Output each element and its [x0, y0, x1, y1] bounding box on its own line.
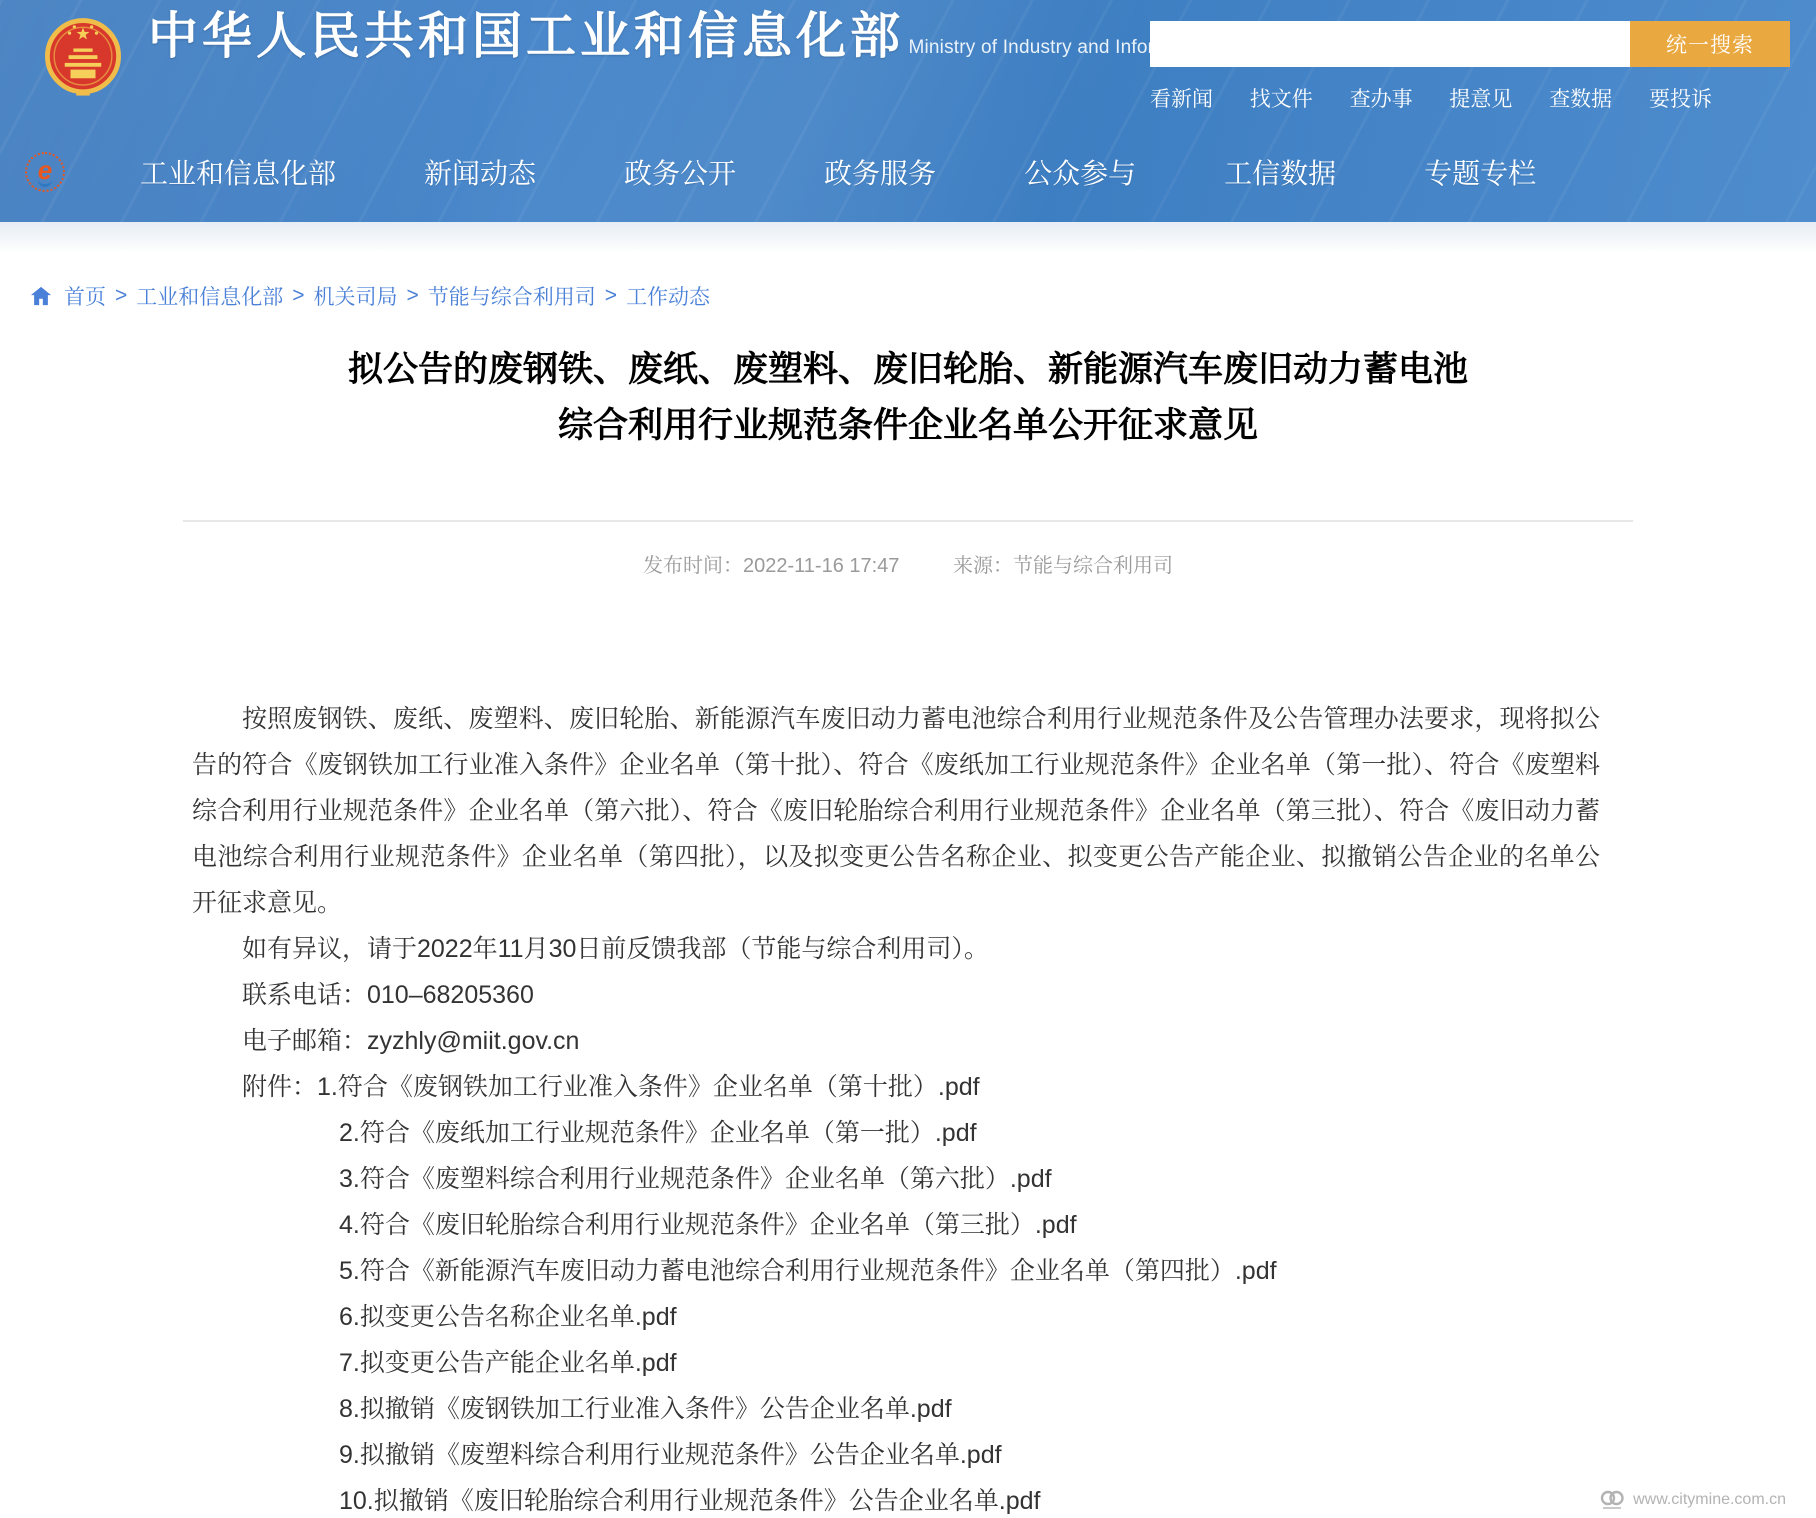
paragraph-feedback: 如有异议，请于2022年11月30日前反馈我部（节能与综合利用司）。	[192, 926, 1600, 972]
breadcrumb: 首页 > 工业和信息化部 > 机关司局 > 节能与综合利用司 > 工作动态	[0, 264, 1816, 312]
article-title: 拟公告的废钢铁、废纸、废塑料、废旧轮胎、新能源汽车废旧动力蓄电池 综合利用行业规…	[0, 342, 1816, 454]
attachment-link-5[interactable]: 5.符合《新能源汽车废旧动力蓄电池综合利用行业规范条件》企业名单（第四批）.pd…	[192, 1248, 1600, 1294]
attachment-link-1[interactable]: 1.符合《废钢铁加工行业准入条件》企业名单（第十批）.pdf	[317, 1073, 980, 1101]
article-meta: 发布时间：2022-11-16 17:47 来源：节能与综合利用司	[0, 552, 1816, 580]
quick-link-news[interactable]: 看新闻	[1150, 83, 1213, 113]
breadcrumb-separator: >	[115, 284, 127, 308]
national-emblem-icon	[44, 10, 122, 110]
site-title: 中华人民共和国工业和信息化部	[148, 8, 904, 64]
nav-item-gov-services[interactable]: 政务服务	[824, 152, 936, 192]
citymine-logo-icon	[1599, 1490, 1625, 1510]
main-nav: e 工业和信息化部 新闻动态 政务公开 政务服务 公众参与 工信数据 专题专栏	[0, 122, 1816, 222]
article-title-line1: 拟公告的废钢铁、废纸、废塑料、废旧轮胎、新能源汽车废旧动力蓄电池	[0, 342, 1816, 398]
quick-link-services[interactable]: 查办事	[1350, 83, 1413, 113]
quick-link-data[interactable]: 查数据	[1549, 83, 1612, 113]
article: 拟公告的废钢铁、废纸、废塑料、废旧轮胎、新能源汽车废旧动力蓄电池 综合利用行业规…	[0, 342, 1816, 1518]
nav-item-miit-data[interactable]: 工信数据	[1224, 152, 1336, 192]
gov-e-glyph: e	[38, 157, 52, 187]
unified-search-button[interactable]: 统一搜索	[1630, 21, 1790, 67]
article-body: 按照废钢铁、废纸、废塑料、废旧轮胎、新能源汽车废旧动力蓄电池综合利用行业规范条件…	[192, 696, 1600, 1518]
attachment-link-2[interactable]: 2.符合《废纸加工行业规范条件》企业名单（第一批）.pdf	[192, 1110, 1600, 1156]
attachment-link-6[interactable]: 6.拟变更公告名称企业名单.pdf	[192, 1294, 1600, 1340]
attachment-link-8[interactable]: 8.拟撤销《废钢铁加工行业准入条件》公告企业名单.pdf	[192, 1386, 1600, 1432]
search-block: 统一搜索 看新闻 找文件 查办事 提意见 查数据 要投诉	[1150, 21, 1790, 113]
gov-e-icon: e	[25, 152, 65, 192]
contact-email: 电子邮箱：zyzhly@miit.gov.cn	[192, 1018, 1600, 1064]
attachment-link-10[interactable]: 10.拟撤销《废旧轮胎综合利用行业规范条件》公告企业名单.pdf	[192, 1478, 1600, 1518]
nav-item-special-topics[interactable]: 专题专栏	[1424, 152, 1536, 192]
attachment-link-4[interactable]: 4.符合《废旧轮胎综合利用行业规范条件》企业名单（第三批）.pdf	[192, 1202, 1600, 1248]
title-divider	[183, 520, 1633, 522]
quick-link-suggest[interactable]: 提意见	[1449, 83, 1512, 113]
breadcrumb-ministry[interactable]: 工业和信息化部	[136, 281, 283, 311]
site-header: 中华人民共和国工业和信息化部 Ministry of Industry and …	[0, 0, 1816, 222]
breadcrumb-work-updates[interactable]: 工作动态	[626, 281, 710, 311]
article-title-line2: 综合利用行业规范条件企业名单公开征求意见	[0, 398, 1816, 454]
nav-item-news[interactable]: 新闻动态	[424, 152, 536, 192]
contact-phone: 联系电话：010–68205360	[192, 972, 1600, 1018]
publish-time: 发布时间：2022-11-16 17:47	[643, 555, 899, 577]
home-icon[interactable]	[30, 285, 52, 307]
nav-item-gov-info[interactable]: 政务公开	[624, 152, 736, 192]
search-input[interactable]	[1150, 21, 1630, 67]
quick-link-files[interactable]: 找文件	[1250, 83, 1313, 113]
header-gradient-band	[0, 222, 1816, 264]
attachments-label: 附件：	[242, 1073, 317, 1101]
nav-item-ministry[interactable]: 工业和信息化部	[140, 152, 336, 192]
article-source: 来源：节能与综合利用司	[953, 555, 1173, 577]
watermark: www.citymine.com.cn	[1599, 1490, 1786, 1510]
watermark-text: www.citymine.com.cn	[1633, 1491, 1786, 1509]
attachment-link-7[interactable]: 7.拟变更公告产能企业名单.pdf	[192, 1340, 1600, 1386]
attachment-line-1: 附件：1.符合《废钢铁加工行业准入条件》企业名单（第十批）.pdf	[192, 1064, 1600, 1110]
paragraph-main: 按照废钢铁、废纸、废塑料、废旧轮胎、新能源汽车废旧动力蓄电池综合利用行业规范条件…	[192, 696, 1600, 926]
quick-links: 看新闻 找文件 查办事 提意见 查数据 要投诉	[1150, 83, 1790, 113]
breadcrumb-departments[interactable]: 机关司局	[314, 281, 398, 311]
breadcrumb-home[interactable]: 首页	[64, 281, 106, 311]
breadcrumb-separator: >	[605, 284, 617, 308]
breadcrumb-separator: >	[407, 284, 419, 308]
attachment-link-9[interactable]: 9.拟撤销《废塑料综合利用行业规范条件》公告企业名单.pdf	[192, 1432, 1600, 1478]
header-top: 中华人民共和国工业和信息化部 Ministry of Industry and …	[0, 0, 1816, 122]
breadcrumb-separator: >	[292, 284, 304, 308]
nav-item-participation[interactable]: 公众参与	[1024, 152, 1136, 192]
attachment-link-3[interactable]: 3.符合《废塑料综合利用行业规范条件》企业名单（第六批）.pdf	[192, 1156, 1600, 1202]
breadcrumb-energy-dept[interactable]: 节能与综合利用司	[428, 281, 596, 311]
quick-link-complaint[interactable]: 要投诉	[1649, 83, 1712, 113]
